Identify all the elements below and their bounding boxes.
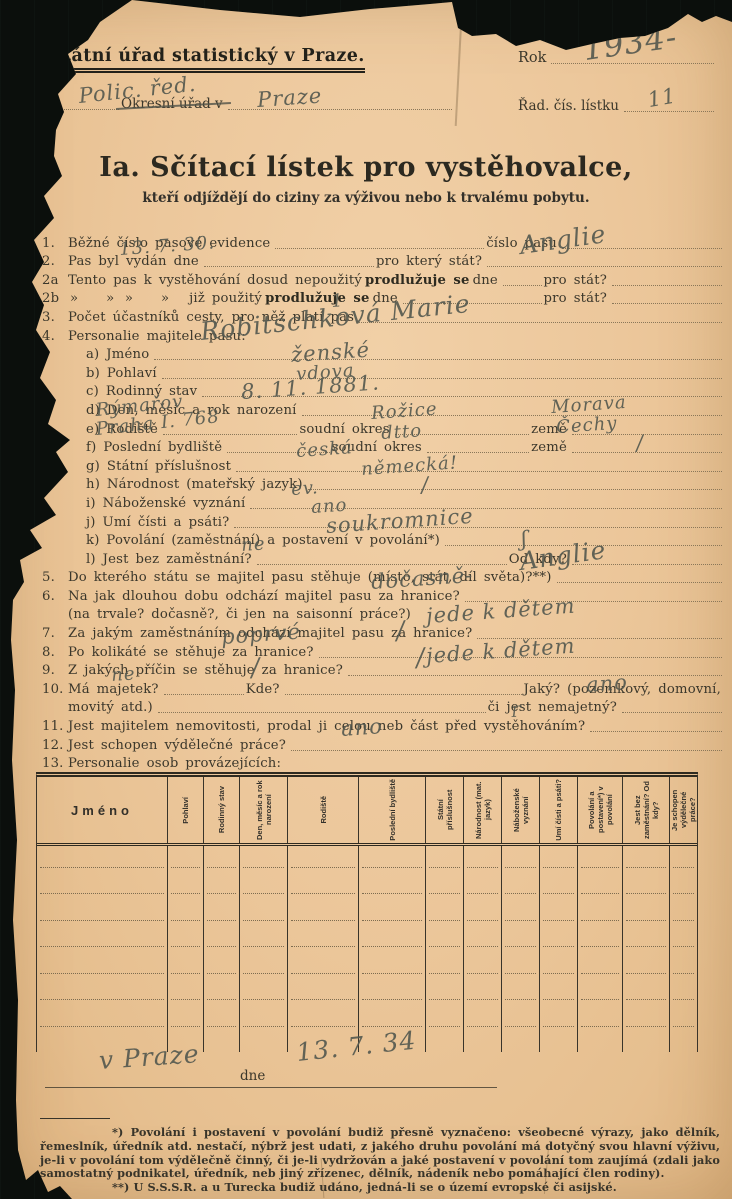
table-cell [578,1005,623,1032]
table-cell [37,1005,168,1032]
hw-able-to-work: ano [340,714,383,741]
table-cell [204,873,240,900]
serial-number-label: Řad. čís. lístku [518,98,622,115]
table-cell [204,899,240,926]
table-cell [540,926,578,953]
table-cell [359,979,426,1006]
table-cell [168,873,204,900]
table-cell [426,979,464,1006]
table-cell [540,979,578,1006]
line-label: Tento pas k vystěhování dosud nepoužitý [68,273,365,289]
dotted-line [348,673,722,676]
dotted-line [236,469,722,472]
dotted-line [503,283,542,286]
form-line-4a: a) Jméno [42,345,724,364]
line-number: 1. [42,236,68,252]
table-cell [359,926,426,953]
date-label: dne [240,1068,265,1084]
table-cell [540,952,578,979]
hw-ditto-mark: / [420,472,430,497]
table-cell [288,952,359,979]
table-cell [578,873,623,900]
dotted-line [308,487,722,490]
line-label: Jest schopen výdělečné práce? [68,738,289,754]
companions-table: Jméno Pohlaví Rodinný stav Den, měsíc a … [36,772,698,1052]
line-label: i) Náboženské vyznání [86,496,248,512]
footnote-2: **) U S.S.S.R. a u Turecka budiž udáno, … [40,1181,720,1195]
line-label: Personalie osob provázejících: [68,756,284,772]
table-cell [623,873,670,900]
table-cell [670,899,697,926]
table-body [37,846,697,1052]
col-header-nabozenske-vyznani: Náboženské vyznání [502,777,540,843]
footnote-1: *) Povolání i postavení v povolání budiž… [40,1126,720,1181]
table-cell [623,1032,670,1052]
masthead-text: Státní úřad statistický v Praze. [50,46,365,73]
table-cell [240,846,288,873]
hw-unemployed: ne [241,533,267,556]
line-number: 8. [42,645,68,661]
table-cell [204,926,240,953]
line-label: Do kterého státu se majitel pasu stěhuje… [68,570,555,586]
col-header-statni-prislusnost: Státní příslušnost [426,777,464,843]
table-cell [168,899,204,926]
dotted-line [163,432,297,435]
table-cell [464,926,502,953]
table-cell [426,873,464,900]
line-label: soudní okres [299,422,392,438]
line-label: či jest nemajetný? [488,700,620,716]
table-cell [578,1032,623,1052]
table-cell [37,899,168,926]
table-cell [464,979,502,1006]
line-number: 2. [42,254,68,270]
dotted-line [162,376,722,379]
dotted-line [572,450,722,453]
line-label: Po kolikáté se stěhuje za hranice? [68,645,317,661]
table-cell [288,1005,359,1032]
table-cell [426,1005,464,1032]
table-cell [578,899,623,926]
line-number: 4. [42,329,68,345]
table-cell [426,952,464,979]
line-label: j) Umí čísti a psáti? [86,515,232,531]
dotted-line [487,264,722,267]
table-cell [426,926,464,953]
col-header-jmeno: Jméno [37,777,168,843]
hw-where-mark: / [250,652,261,682]
dotted-line [590,729,722,732]
table-cell [426,1032,464,1052]
table-cell [502,873,540,900]
table-cell [502,1005,540,1032]
form-line-6-note: (na trvale? dočasně?, či jen na saisonní… [42,605,724,624]
line-number: 3. [42,310,68,326]
table-cell [623,979,670,1006]
dotted-line [291,748,722,751]
year-label: Rok [518,50,549,67]
table-cell [359,873,426,900]
col-header-schopen-prace: Je schopen výdělečné práce? [670,777,697,843]
table-cell [204,846,240,873]
form-title: Ia. Sčítací lístek pro vystěhovalce, [0,152,732,183]
dotted-line [158,710,486,713]
form-line-13: 13. Personalie osob provázejících: [42,754,724,773]
line-number: 9. [42,663,68,679]
line-label: a) Jméno [86,347,152,363]
col-header-povolani: Povolání a postavení*) v povolání [578,777,623,843]
table-cell [502,926,540,953]
table-cell [464,899,502,926]
ditto-marks: » » » » [68,291,189,307]
hw-residence-district: dtto [381,420,423,444]
table-row [37,873,697,900]
hw-place: Praze [256,84,323,112]
table-row [37,846,697,873]
table-cell [578,952,623,979]
col-header-rodinny-stav: Rodinný stav [204,777,240,843]
line-label: g) Státní příslušnost [86,459,234,475]
col-header-pohlavi: Pohlaví [168,777,204,843]
table-cell [204,1005,240,1032]
table-cell [623,846,670,873]
col-header-rodiste: Rodiště [288,777,359,843]
table-cell [168,846,204,873]
line-label: f) Poslední bydliště [86,440,225,456]
hw-sold-property-mark: Γ [511,702,524,721]
table-cell [168,952,204,979]
table-cell [204,1032,240,1052]
table-cell [540,1005,578,1032]
table-cell [240,899,288,926]
table-cell [502,846,540,873]
table-row [37,952,697,979]
dotted-line [275,246,484,249]
table-cell [670,1032,697,1052]
table-cell [623,952,670,979]
line-label: pro stát? [544,273,610,289]
line-label: pro stát? [544,291,610,307]
line-number: 2a [42,273,68,289]
table-cell [168,979,204,1006]
table-cell [240,1005,288,1032]
dotted-line [624,109,714,112]
table-cell [670,952,697,979]
table-cell [464,1032,502,1052]
table-cell [540,899,578,926]
col-header-narodnost: Národnost (mat. jazyk) [464,777,502,843]
line-label: země [531,440,570,456]
table-cell [37,952,168,979]
line-label: již použitý [189,291,265,307]
line-number: 11. [42,719,68,735]
table-cell [288,873,359,900]
form-line-8: 8. Po kolikáté se stěhuje za hranice? [42,642,724,661]
table-cell [464,846,502,873]
table-cell [359,899,426,926]
table-cell [240,1032,288,1052]
form-line-7: 7. Za jakým zaměstnáním odchází majitel … [42,623,724,642]
form-line-2a: 2a Tento pas k vystěhování dosud nepouži… [42,270,724,289]
form-line-4b: b) Pohlaví [42,363,724,382]
table-cell [502,899,540,926]
table-cell [426,899,464,926]
table-cell [502,1032,540,1052]
table-cell [240,926,288,953]
line-number: 6. [42,589,68,605]
footnotes: *) Povolání i postavení v povolání budiž… [40,1126,720,1195]
scanned-form-page: Státní úřad statistický v Praze. Rok Okr… [0,0,732,1199]
table-cell [168,1005,204,1032]
table-cell [464,952,502,979]
dotted-line [285,692,522,695]
table-cell [240,979,288,1006]
line-label: pro který stát? [376,254,485,270]
dotted-line [612,283,722,286]
table-cell [540,873,578,900]
table-cell [670,846,697,873]
table-cell [502,952,540,979]
table-cell [168,926,204,953]
dotted-line [64,107,119,110]
line-number: 7. [42,626,68,642]
table-cell [502,979,540,1006]
line-label-bold: prodlužuje se [365,273,473,289]
dotted-line [204,264,374,267]
table-cell [670,979,697,1006]
issuing-office-masthead: Státní úřad statistický v Praze. [50,46,365,66]
hw-ditto-mark: / [635,430,645,455]
hw-serial-number: 11 [646,83,678,112]
dotted-line [154,357,722,360]
dotted-line [551,61,714,64]
table-cell [670,926,697,953]
dotted-line [234,525,722,528]
table-cell [204,952,240,979]
table-row [37,979,697,1006]
table-cell [288,846,359,873]
footnote-rule [40,1118,110,1119]
dotted-line [612,301,722,304]
hw-ditto-mark: / [395,615,406,645]
line-number: 5. [42,570,68,586]
col-header-narozeni: Den, měsíc a rok narození [240,777,288,843]
table-cell [240,873,288,900]
line-number: 12. [42,738,68,754]
line-label: h) Národnost (mateřský jazyk) [86,477,306,493]
table-cell [578,979,623,1006]
hw-has-property: ne [111,663,137,686]
table-cell [540,846,578,873]
table-cell [288,899,359,926]
table-cell [578,926,623,953]
line-label: Jest majitelem nemovitosti, prodal ji ce… [68,719,588,735]
form-line-10-cont: movitý atd.) či jest nemajetný? [42,698,724,717]
table-cell [37,873,168,900]
table-cell [359,846,426,873]
table-cell [288,926,359,953]
table-row [37,926,697,953]
table-cell [37,926,168,953]
dotted-line [302,413,722,416]
form-line-4: 4. Personalie majitele pasu: [42,326,724,345]
dotted-line [622,710,722,713]
table-row [37,1005,697,1032]
table-cell [240,952,288,979]
line-label: dne [473,273,501,289]
table-cell [623,899,670,926]
form-subtitle: kteří odjíždějí do ciziny za výživou neb… [0,190,732,206]
serial-number-field: Řad. čís. lístku [518,98,716,115]
line-label: movitý atd.) [68,700,156,716]
table-cell [359,952,426,979]
table-cell [37,846,168,873]
line-number: 2b [42,291,68,307]
table-cell [623,1005,670,1032]
table-cell [288,979,359,1006]
line-label: (na trvale? dočasně?, či jen na saisonní… [68,607,414,623]
table-cell [540,1032,578,1052]
hw-ditto-mark: / [415,642,426,672]
table-cell [464,873,502,900]
dotted-line [164,692,244,695]
form-items: 1. Běžné číslo pasové evidence číslo pas… [42,233,724,772]
line-label: l) Jest bez zaměstnání? [86,552,255,568]
col-header-bez-zamestnani: Jest bez zaměstnání? Od kdy? [623,777,670,843]
col-header-umi-cist: Umí čísti a psáti? [540,777,578,843]
table-row [37,899,697,926]
table-cell [670,1005,697,1032]
table-cell [426,846,464,873]
line-number: 13. [42,756,68,772]
table-cell [204,979,240,1006]
hw-no-property: ano [585,670,628,697]
col-header-posledni-bydliste: Poslední bydliště [359,777,426,843]
table-cell [623,926,670,953]
table-cell [578,846,623,873]
dotted-line [557,580,722,583]
line-number: 10. [42,682,68,698]
line-label: b) Pohlaví [86,366,160,382]
line-label: Kde? [246,682,283,698]
table-cell [670,873,697,900]
hw-citizenship: česká [296,437,354,462]
table-cell [37,979,168,1006]
form-line-4l: l) Jest bez zaměstnání? Od kdy? [42,549,724,568]
hw-residence-land: Čechy [556,413,619,438]
table-cell [464,1005,502,1032]
table-header-row: Jméno Pohlaví Rodinný stav Den, měsíc a … [37,777,697,846]
